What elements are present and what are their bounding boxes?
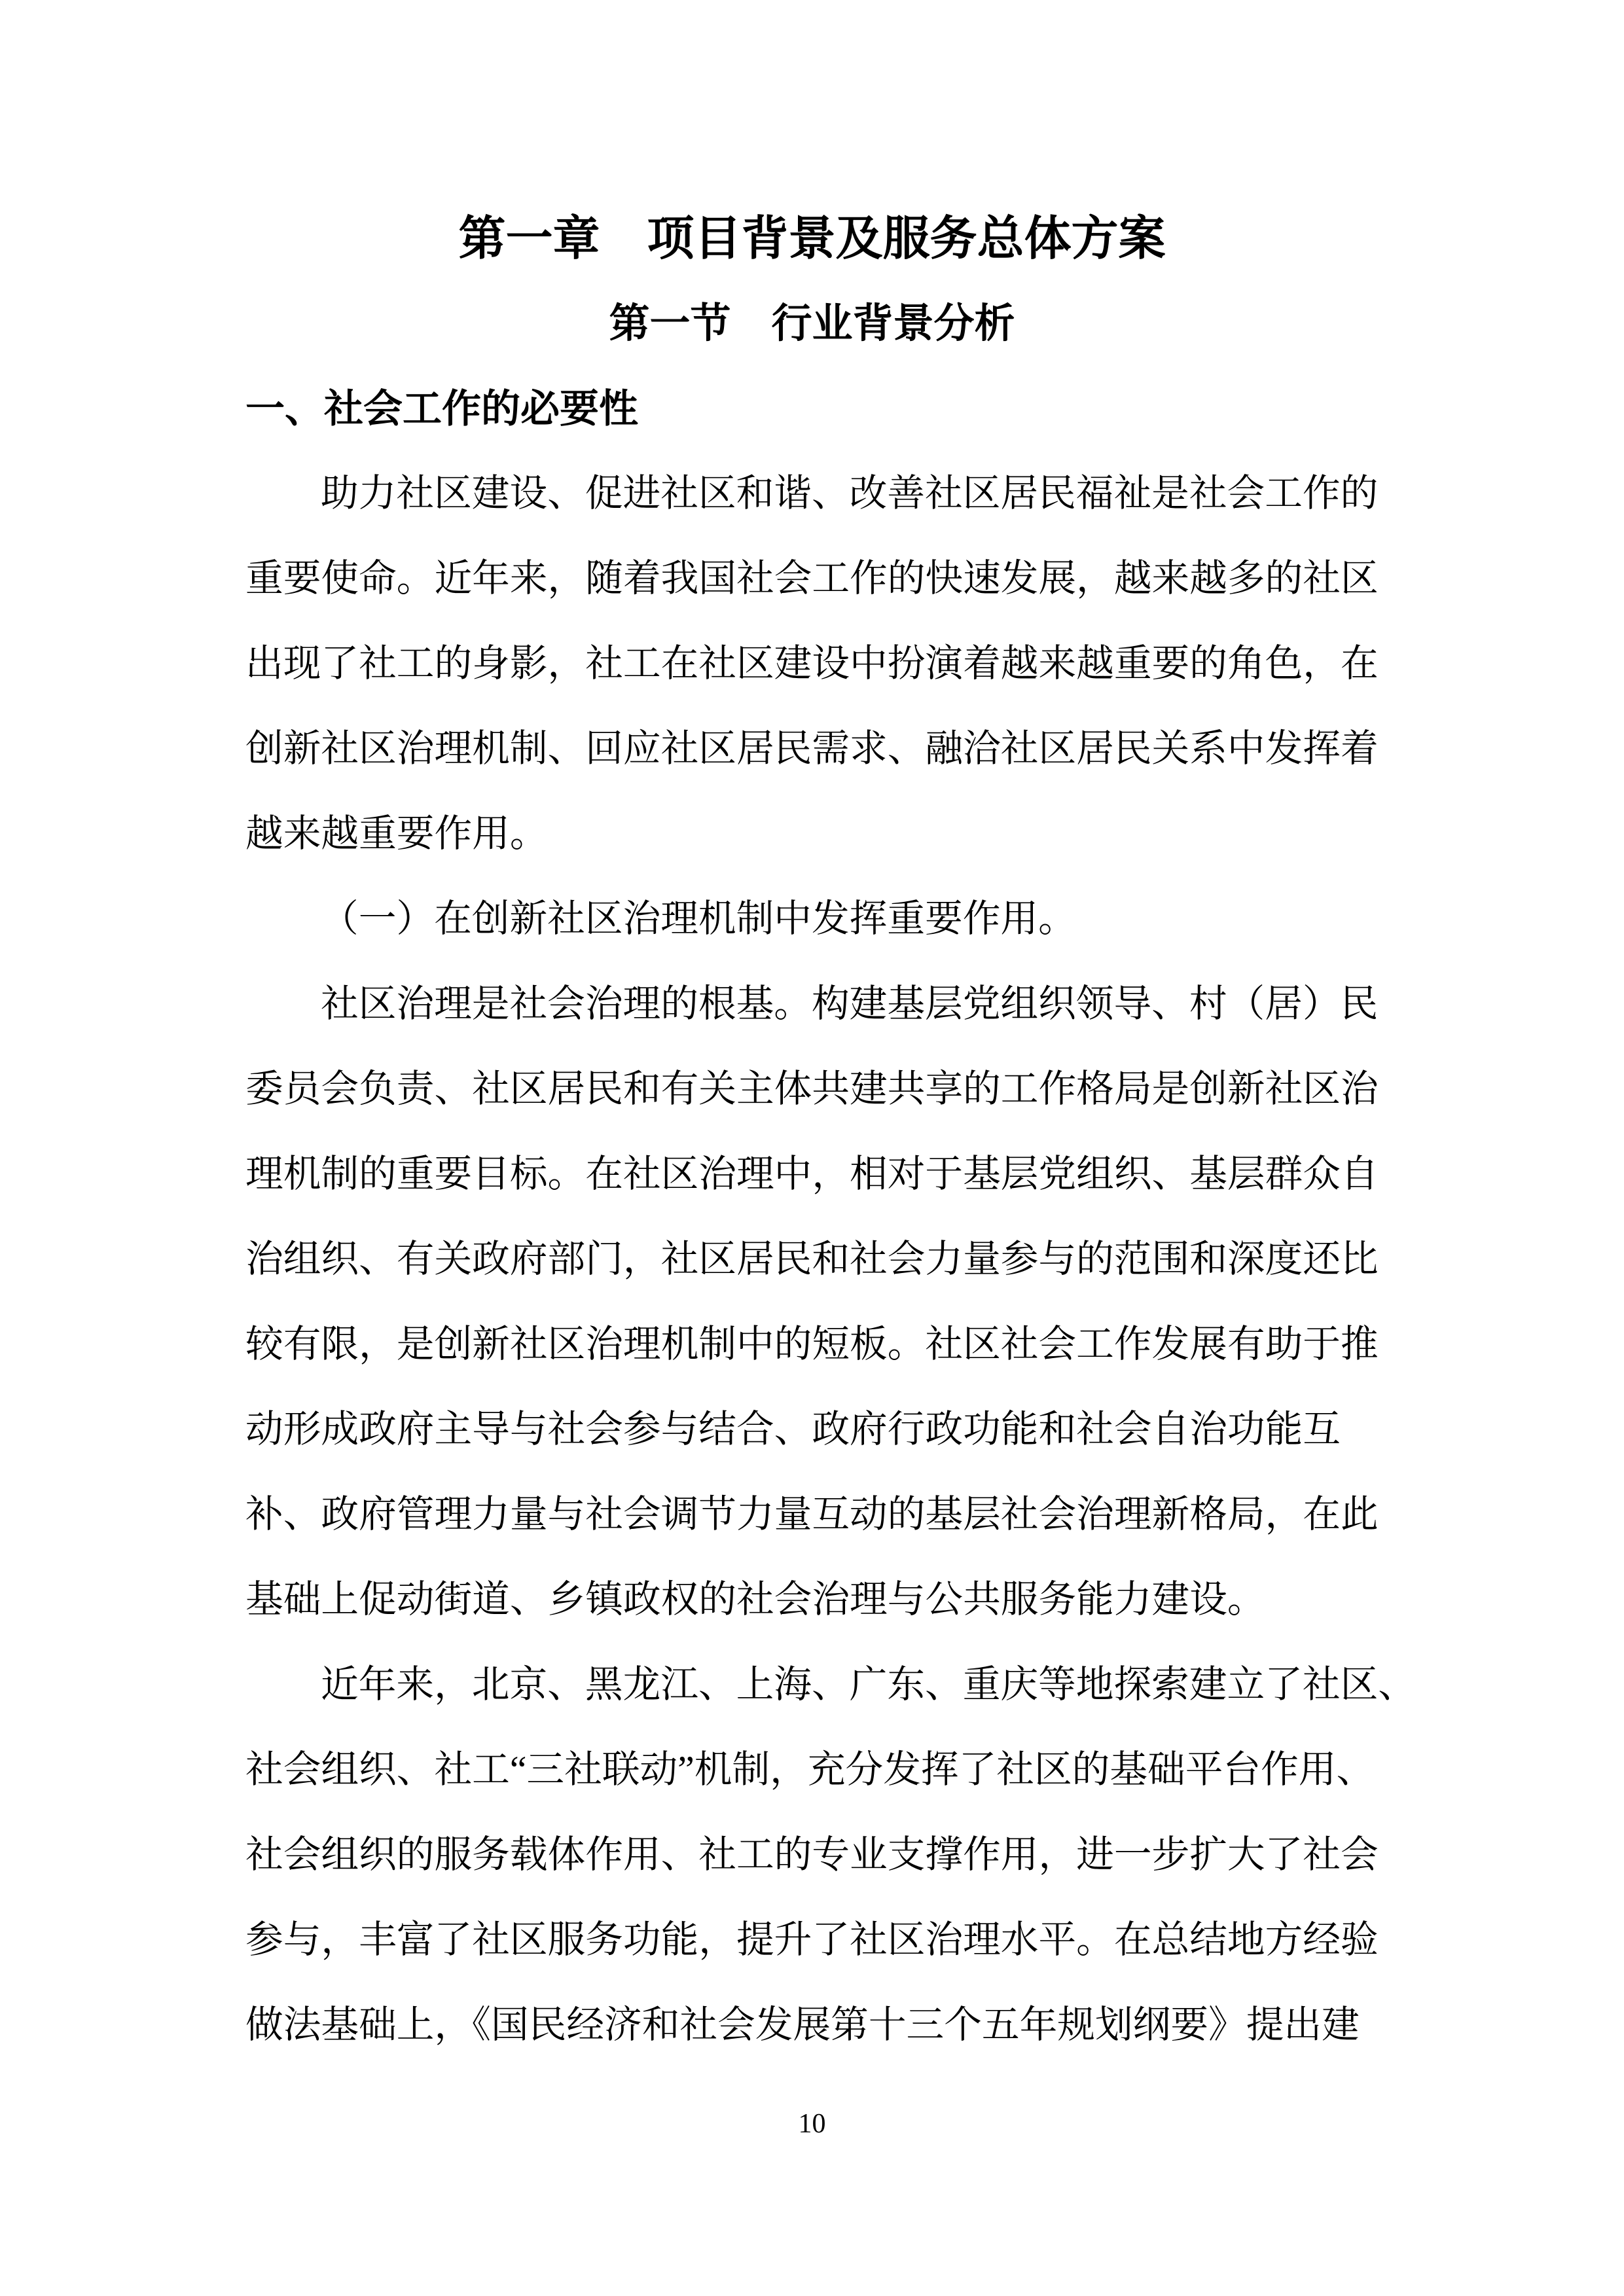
text-line: 做法基础上，《国民经济和社会发展第十三个五年规划纲要》提出建	[245, 1983, 1379, 2068]
text-line: 社会组织、社工“三社联动”机制，充分发挥了社区的基础平台作用、	[245, 1728, 1379, 1813]
text-line: 参与，丰富了社区服务功能，提升了社区治理水平。在总结地方经验	[245, 1898, 1379, 1983]
text-line: 治组织、有关政府部门，社区居民和社会力量参与的范围和深度还比	[245, 1217, 1379, 1302]
section-heading: 一、社会工作的必要性	[245, 367, 1379, 452]
text-line: 创新社区治理机制、回应社区居民需求、融洽社区居民关系中发挥着	[245, 707, 1379, 792]
text-line: 较有限，是创新社区治理机制中的短板。社区社会工作发展有助于推	[245, 1302, 1379, 1388]
text-block: 第一章 项目背景及服务总体方案 第一节 行业背景分析 一、社会工作的必要性 助力…	[245, 196, 1379, 2068]
text-line: 委员会负责、社区居民和有关主体共建共享的工作格局是创新社区治	[245, 1047, 1379, 1132]
text-line: （一）在创新社区治理机制中发挥重要作用。	[245, 877, 1379, 962]
text-line: 重要使命。近年来，随着我国社会工作的快速发展，越来越多的社区	[245, 537, 1379, 622]
document-page: 第一章 项目背景及服务总体方案 第一节 行业背景分析 一、社会工作的必要性 助力…	[0, 0, 1624, 2296]
chapter-title: 第一章 项目背景及服务总体方案	[245, 196, 1379, 281]
text-line: 出现了社工的身影，社工在社区建设中扮演着越来越重要的角色，在	[245, 622, 1379, 707]
text-line: 社区治理是社会治理的根基。构建基层党组织领导、村（居）民	[245, 962, 1379, 1047]
text-line: 补、政府管理力量与社会调节力量互动的基层社会治理新格局，在此	[245, 1473, 1379, 1558]
text-line: 助力社区建设、促进社区和谐、改善社区居民福祉是社会工作的	[245, 452, 1379, 537]
text-line: 基础上促动街道、乡镇政权的社会治理与公共服务能力建设。	[245, 1558, 1379, 1643]
section-title: 第一节 行业背景分析	[245, 281, 1379, 367]
page-number: 10	[0, 2098, 1624, 2150]
text-line: 越来越重要作用。	[245, 792, 1379, 877]
text-line: 社会组织的服务载体作用、社工的专业支撑作用，进一步扩大了社会	[245, 1813, 1379, 1898]
body-text: 助力社区建设、促进社区和谐、改善社区居民福祉是社会工作的重要使命。近年来，随着我…	[245, 452, 1379, 2068]
text-line: 动形成政府主导与社会参与结合、政府行政功能和社会自治功能互	[245, 1388, 1379, 1473]
text-line: 理机制的重要目标。在社区治理中，相对于基层党组织、基层群众自	[245, 1132, 1379, 1217]
text-line: 近年来，北京、黑龙江、上海、广东、重庆等地探索建立了社区、	[245, 1643, 1379, 1728]
